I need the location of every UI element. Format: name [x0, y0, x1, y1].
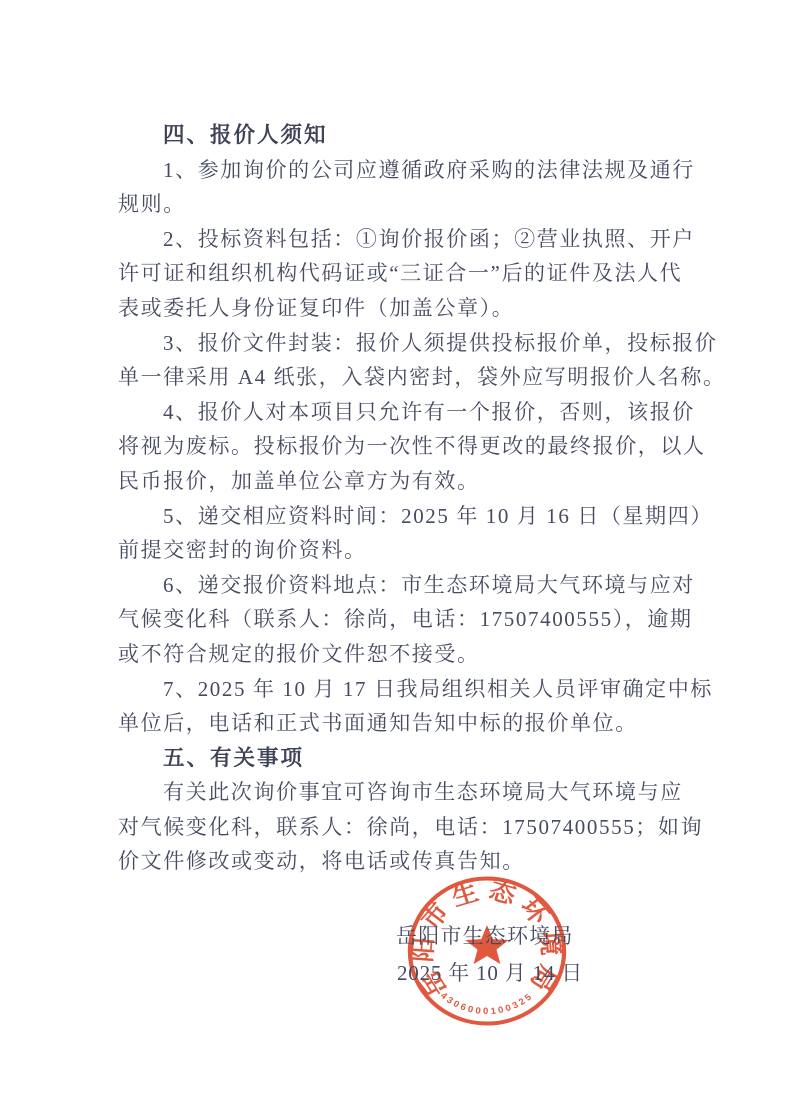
body-line: 单一律采用 A4 纸张，入袋内密封，袋外应写明报价人名称。	[118, 360, 690, 395]
body-line: 将视为废标。投标报价为一次性不得更改的最终报价，以人	[118, 429, 690, 464]
body-line: 5、递交相应资料时间：2025 年 10 月 16 日（星期四）	[118, 499, 690, 534]
body-line: 民币报价，加盖单位公章方为有效。	[118, 464, 690, 499]
body-line: 气候变化科（联系人：徐尚，电话：17507400555），逾期	[118, 602, 690, 637]
svg-text:4306000100325: 4306000100325	[439, 990, 536, 1016]
signature-org: 岳阳市生态环境局	[396, 920, 574, 950]
body-line: 有关此次询价事宜可咨询市生态环境局大气环境与应	[118, 775, 690, 810]
body-line: 3、报价文件封装：报价人须提供投标报价单，投标报价	[118, 326, 690, 361]
document-body: 四、报价人须知 1、参加询价的公司应遵循政府采购的法律法规及通行 规则。 2、投…	[118, 118, 690, 879]
body-line: 或不符合规定的报价文件恕不接受。	[118, 637, 690, 672]
body-line: 许可证和组织机构代码证或“三证合一”后的证件及法人代	[118, 256, 690, 291]
signature-date: 2025 年 10 月 14 日	[397, 957, 583, 987]
body-line: 规则。	[118, 187, 690, 222]
section-5-heading: 五、有关事项	[118, 741, 690, 776]
body-line: 7、2025 年 10 月 17 日我局组织相关人员评审确定中标	[118, 672, 690, 707]
body-line: 前提交密封的询价资料。	[118, 533, 690, 568]
page: 四、报价人须知 1、参加询价的公司应遵循政府采购的法律法规及通行 规则。 2、投…	[0, 0, 794, 1108]
seal-code: 4306000100325	[439, 990, 536, 1016]
body-line: 表或委托人身份证复印件（加盖公章）。	[118, 291, 690, 326]
section-4-heading: 四、报价人须知	[118, 118, 690, 153]
body-line: 1、参加询价的公司应遵循政府采购的法律法规及通行	[118, 153, 690, 188]
body-line: 单位后，电话和正式书面通知告知中标的报价单位。	[118, 706, 690, 741]
body-line: 对气候变化科，联系人：徐尚，电话：17507400555；如询	[118, 810, 690, 845]
official-seal-icon: 岳阳市生态环境局 4306000100325	[403, 872, 571, 1030]
body-line: 2、投标资料包括：①询价报价函；②营业执照、开户	[118, 222, 690, 257]
body-line: 6、递交报价资料地点：市生态环境局大气环境与应对	[118, 568, 690, 603]
body-line: 4、报价人对本项目只允许有一个报价，否则，该报价	[118, 395, 690, 430]
